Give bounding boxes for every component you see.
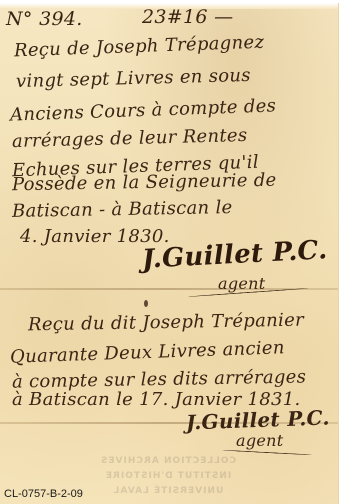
- ink-spot: [144, 300, 148, 307]
- stamp-line: COLLECTION ARCHIVES: [78, 454, 258, 469]
- archive-stamp: COLLECTION ARCHIVES INSTITUT D'HISTOIRE …: [78, 454, 258, 499]
- receipt-number: N° 394.: [6, 8, 83, 30]
- catalog-label: CL-0757-B-2-09: [4, 488, 83, 500]
- stamp-line: UNIVERSITÉ LAVAL: [78, 484, 258, 499]
- amount-note: 23#16 —: [142, 6, 233, 28]
- signature-2-title: agent: [236, 431, 283, 450]
- receipt-2-line: à Batiscan le 17. Janvier 1831.: [12, 389, 301, 410]
- receipt-1-line: Batiscan - à Batiscan le: [12, 197, 233, 222]
- stamp-line: INSTITUT D'HISTOIRE: [78, 469, 258, 484]
- signature-1-title: agent: [218, 274, 265, 293]
